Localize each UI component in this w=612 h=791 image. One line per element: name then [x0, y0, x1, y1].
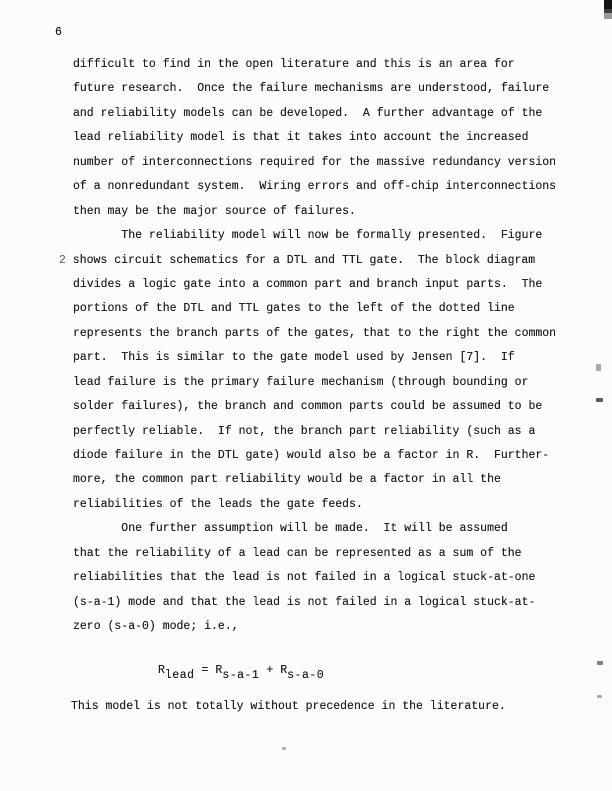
text-line: reliabilities of the leads the gate feed…: [73, 493, 578, 517]
text-line: (s-a-1) mode and that the lead is not fa…: [73, 591, 578, 615]
text-line: lead reliability model is that it takes …: [73, 126, 578, 150]
text-line: 2 shows circuit schematics for a DTL and…: [73, 249, 578, 273]
text-line: One further assumption will be made. It …: [73, 517, 578, 541]
equals-sign: =: [202, 664, 209, 677]
text-line: reliabilities that the lead is not faile…: [73, 566, 578, 590]
equation-term: R: [158, 664, 165, 677]
text-line: lead failure is the primary failure mech…: [73, 371, 578, 395]
text-line: divides a logic gate into a common part …: [73, 273, 578, 297]
text-line: perfectly reliable. If not, the branch p…: [73, 420, 578, 444]
body-text: difficult to find in the open literature…: [73, 53, 578, 640]
equation-subscript: lead: [165, 669, 195, 682]
text-line: number of interconnections required for …: [73, 151, 578, 175]
text-line: represents the branch parts of the gates…: [73, 322, 578, 346]
equation-subscript: s-a-1: [222, 669, 259, 682]
scan-corner-mark: [604, 0, 612, 19]
scan-speck: [596, 398, 603, 402]
text-line: more, the common part reliability would …: [73, 468, 578, 492]
page-number: 6: [55, 26, 62, 39]
scan-speck: [596, 364, 601, 371]
text-line: The reliability model will now be formal…: [73, 224, 578, 248]
text-line: that the reliability of a lead can be re…: [73, 542, 578, 566]
text-line: part. This is similar to the gate model …: [73, 346, 578, 370]
plus-sign: +: [266, 664, 273, 677]
text-line: solder failures), the branch and common …: [73, 395, 578, 419]
reliability-equation: Rlead=Rs-a-1+Rs-a-0: [158, 664, 324, 677]
equation-subscript: s-a-0: [287, 669, 324, 682]
text-line: diode failure in the DTL gate) would als…: [73, 444, 578, 468]
text-line: zero (s-a-0) mode; i.e.,: [73, 615, 578, 639]
scan-speck: [597, 695, 602, 698]
text-line: of a nonredundant system. Wiring errors …: [73, 175, 578, 199]
scan-speck: [597, 661, 603, 665]
scan-speck: [282, 747, 286, 750]
text-line: and reliability models can be developed.…: [73, 102, 578, 126]
text-line: then may be the major source of failures…: [73, 200, 578, 224]
text-line: future research. Once the failure mechan…: [73, 77, 578, 101]
text-line: portions of the DTL and TTL gates to the…: [73, 297, 578, 321]
closing-line: This model is not totally without preced…: [71, 700, 506, 713]
document-page: 6 difficult to find in the open literatu…: [0, 0, 612, 791]
text-line: difficult to find in the open literature…: [73, 53, 578, 77]
